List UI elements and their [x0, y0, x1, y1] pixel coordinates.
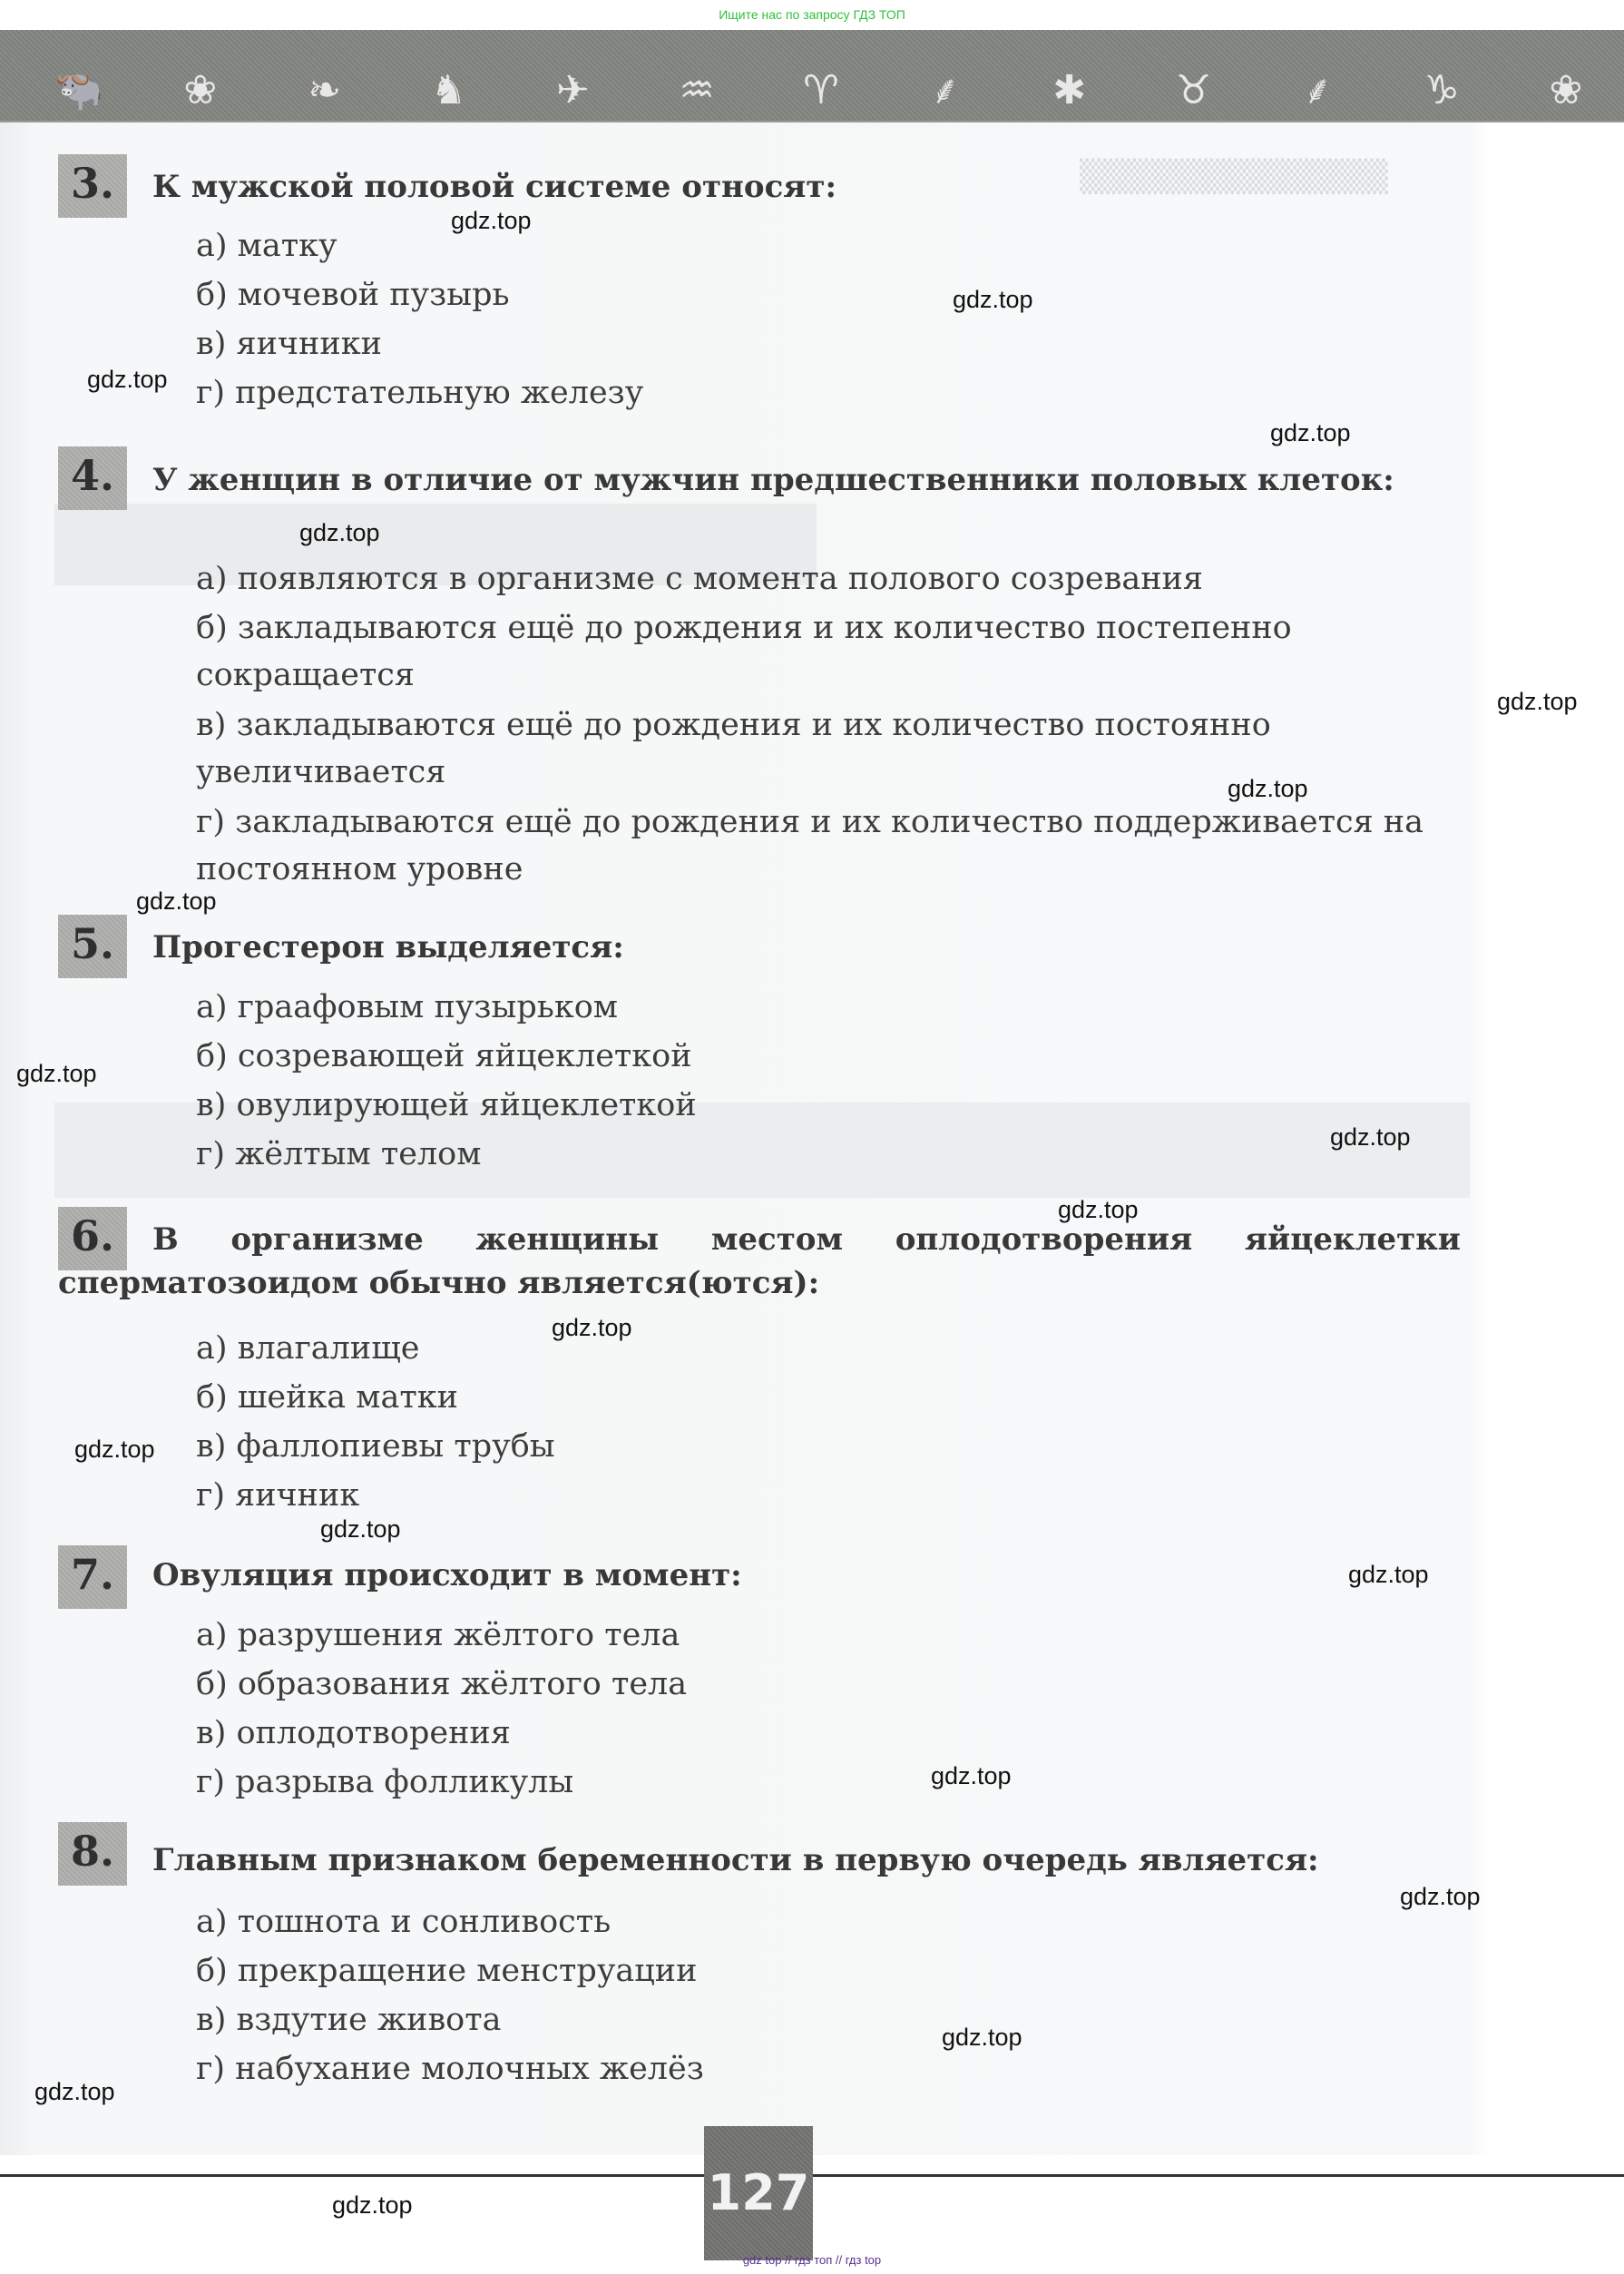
insect-icon: ✱ [1048, 68, 1091, 113]
answer-option[interactable]: б) мочевой пузырь [196, 271, 1461, 319]
answer-option[interactable]: в) овулирующей яйцеклеткой [196, 1082, 1461, 1129]
watermark: gdz.top [942, 2024, 1022, 2052]
page-number: 127 [704, 2126, 813, 2260]
bird-icon: ✈ [551, 68, 594, 113]
butterfly-icon: ❀ [1544, 68, 1588, 113]
question-text: Главным признаком беременности в первую … [152, 1838, 1461, 1882]
fish-icon: ♒ [675, 68, 719, 113]
question-text: В организме женщины местом оплодотворени… [58, 1218, 1461, 1305]
answer-option[interactable]: г) разрыва фолликулы [196, 1759, 1461, 1806]
answer-option[interactable]: в) вздутие живота [196, 1996, 1461, 2044]
question-text: Прогестерон выделяется: [152, 926, 1461, 969]
answer-option[interactable]: а) разрушения жёлтого тела [196, 1612, 1461, 1659]
watermark: gdz.top [1497, 688, 1578, 716]
watermark: gdz.top [1270, 419, 1351, 447]
butterfly-icon: ❀ [179, 68, 222, 113]
watermark: gdz.top [16, 1060, 97, 1088]
watermark: gdz.top [1058, 1196, 1139, 1224]
answer-option[interactable]: г) набухание молочных желёз [196, 2045, 1461, 2093]
answer-option[interactable]: г) закладываются ещё до рождения и их ко… [196, 799, 1461, 893]
answer-option[interactable]: г) яичник [196, 1472, 1461, 1519]
scorpion-icon: ❧ [303, 68, 347, 113]
watermark: gdz.top [332, 2191, 413, 2220]
ostrich-icon: ⸙ [1296, 68, 1339, 113]
header-banner: 🐃 ❀ ❧ ♞ ✈ ♒ ♈ ⸙ ✱ ♉ ⸙ ♑ ❀ [0, 30, 1624, 123]
watermark: gdz.top [931, 1762, 1012, 1790]
question-number: 8. [58, 1822, 127, 1886]
answer-option[interactable]: б) созревающей яйцеклеткой [196, 1033, 1461, 1080]
answer-option[interactable]: б) прекращение менструации [196, 1947, 1461, 1995]
answer-option[interactable]: а) граафовым пузырьком [196, 984, 1461, 1031]
question-text: Овуляция происходит в момент: [152, 1554, 1461, 1597]
question-number: 3. [58, 154, 127, 218]
answer-option[interactable]: а) влагалище [196, 1325, 1461, 1372]
answer-option[interactable]: а) появляются в организме с момента поло… [196, 555, 1461, 603]
answer-option[interactable]: г) предстательную железу [196, 369, 1461, 417]
watermark: gdz.top [953, 286, 1033, 314]
question-number: 5. [58, 915, 127, 978]
heron-icon: ⸙ [924, 68, 967, 113]
answer-option[interactable]: в) яичники [196, 320, 1461, 368]
question-number: 7. [58, 1545, 127, 1609]
watermark: gdz.top [451, 207, 532, 235]
top-ad-text[interactable]: Ищите нас по запросу ГДЗ ТОП [0, 7, 1624, 22]
answer-option[interactable]: б) шейка матки [196, 1374, 1461, 1421]
answer-option[interactable]: в) фаллопиевы трубы [196, 1423, 1461, 1470]
watermark: gdz.top [74, 1436, 155, 1464]
answer-option[interactable]: б) образования жёлтого тела [196, 1661, 1461, 1708]
bison-icon: 🐃 [54, 68, 98, 113]
watermark: gdz.top [1348, 1561, 1429, 1589]
answer-option[interactable]: в) оплодотворения [196, 1710, 1461, 1757]
question-text: У женщин в отличие от мужчин предшествен… [58, 458, 1461, 502]
answer-option[interactable]: а) матку [196, 222, 1461, 270]
watermark: gdz.top [34, 2078, 115, 2106]
watermark: gdz.top [320, 1515, 401, 1544]
watermark: gdz.top [87, 366, 168, 394]
watermark: gdz.top [1330, 1123, 1411, 1152]
watermark: gdz.top [552, 1314, 632, 1342]
answer-option[interactable]: а) тошнота и сонливость [196, 1898, 1461, 1946]
animal-silhouettes: 🐃 ❀ ❧ ♞ ✈ ♒ ♈ ⸙ ✱ ♉ ⸙ ♑ ❀ [54, 64, 1588, 113]
bottom-ad-text[interactable]: gdz top // гдз топ // гдз top [0, 2253, 1624, 2267]
watermark: gdz.top [1400, 1883, 1481, 1911]
goat-icon: ♑ [1420, 68, 1463, 113]
watermark: gdz.top [136, 887, 217, 916]
boar-icon: ♉ [1171, 68, 1215, 113]
horse-icon: ♞ [426, 68, 470, 113]
watermark: gdz.top [1228, 775, 1308, 803]
answer-option[interactable]: г) жёлтым телом [196, 1131, 1461, 1178]
antelope-icon: ♈ [799, 68, 843, 113]
answer-option[interactable]: б) закладываются ещё до рождения и их ко… [196, 604, 1461, 699]
watermark: gdz.top [299, 519, 380, 547]
question-text: К мужской половой системе относят: [152, 165, 1461, 209]
